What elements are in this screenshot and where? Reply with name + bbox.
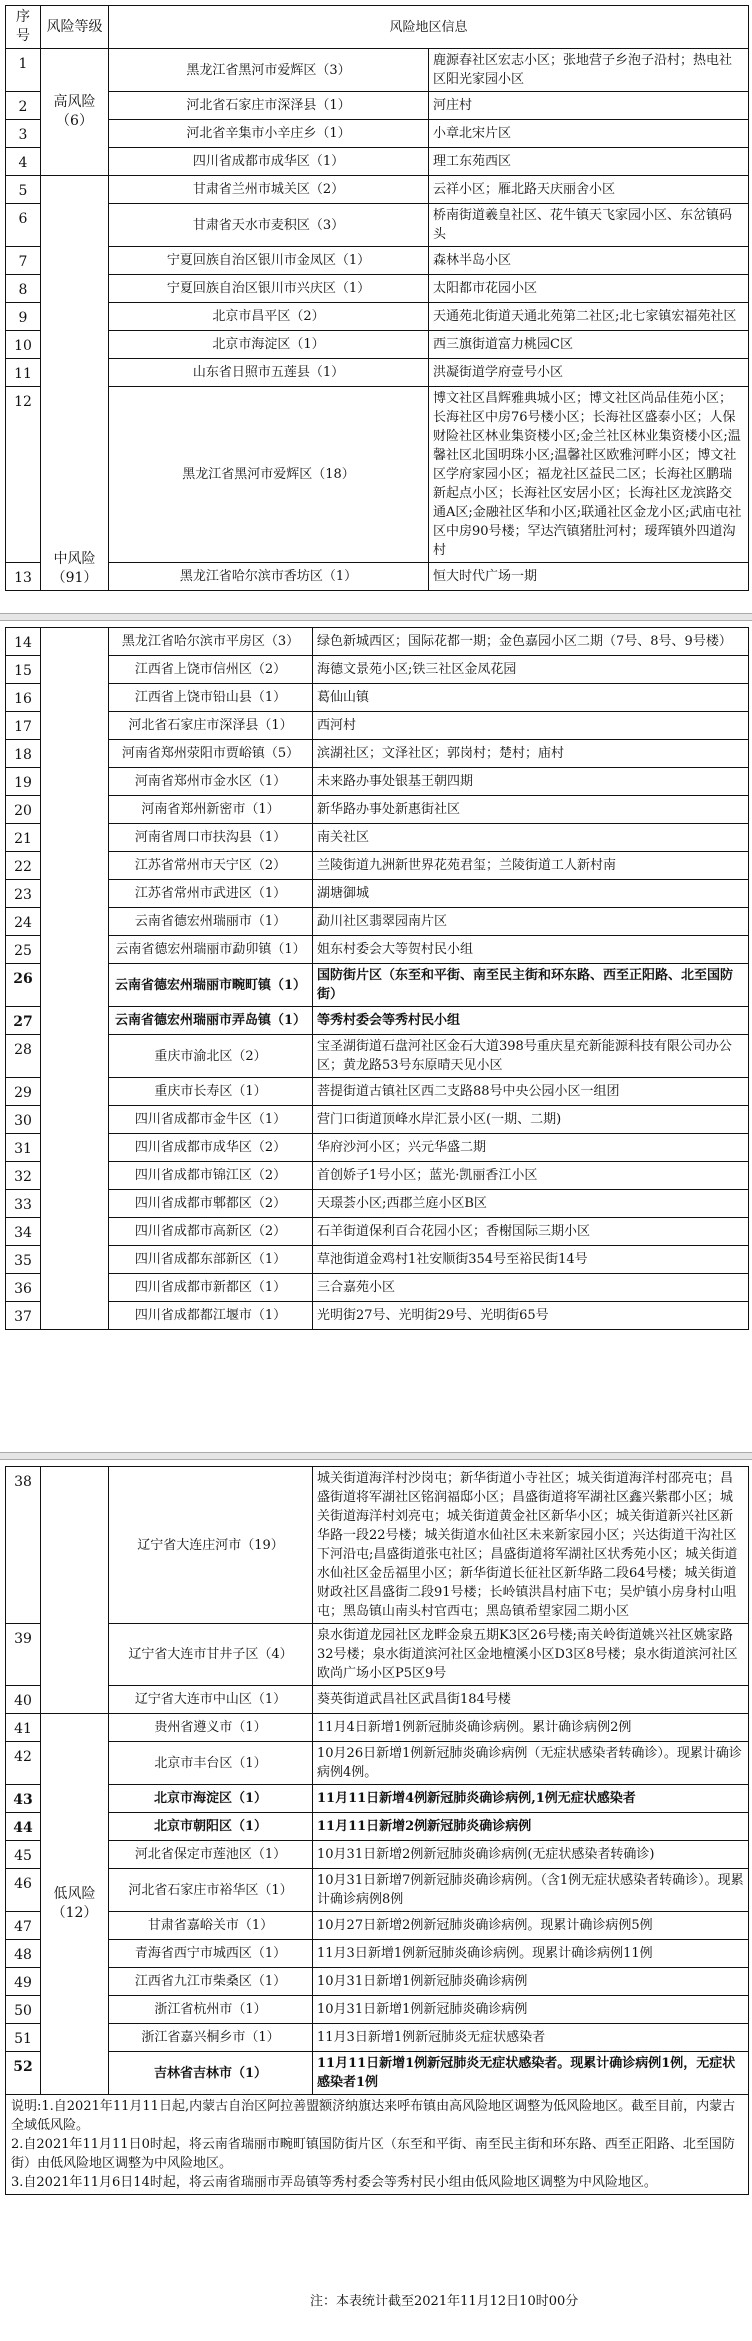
area-name: 黑龙江省黑河市爱辉区（18） <box>109 387 429 563</box>
row-number: 4 <box>6 148 41 176</box>
page-separator <box>0 1452 752 1460</box>
table-row: 11山东省日照市五莲县（1）洪凝街道学府壹号小区 <box>6 359 749 387</box>
table-row: 40辽宁省大连市中山区（1）葵英街道武昌社区武昌街184号楼 <box>6 1686 749 1714</box>
risk-level <box>41 1467 109 1714</box>
area-name: 河南省郑州市金水区（1） <box>109 768 313 796</box>
area-info: 等秀村委会等秀村民小组 <box>313 1007 749 1035</box>
area-name: 北京市朝阳区（1） <box>109 1813 313 1841</box>
table-row: 18河南省郑州荥阳市贾峪镇（5）滨湖社区；文泽社区；郭岗村；楚村；庙村 <box>6 740 749 768</box>
note-item: 3.自2021年11月6日14时起，将云南省瑞丽市弄岛镇等秀村委会等秀村民小组由… <box>11 2173 743 2192</box>
row-number: 35 <box>6 1246 41 1274</box>
row-number: 2 <box>6 92 41 120</box>
area-info: 理工东苑西区 <box>429 148 749 176</box>
area-info: 国防街片区（东至和平街、南至民主街和环东路、西至正阳路、北至国防街） <box>313 964 749 1007</box>
area-name: 河北省石家庄市深泽县（1） <box>109 92 429 120</box>
table-row: 4四川省成都市成华区（1）理工东苑西区 <box>6 148 749 176</box>
table-row: 50浙江省杭州市（1）10月31日新增1例新冠肺炎确诊病例 <box>6 1996 749 2024</box>
area-name: 江西省上饶市铅山县（1） <box>109 684 313 712</box>
area-info: 11月3日新增1例新冠肺炎确诊病例。现累计确诊病例11例 <box>313 1940 749 1968</box>
table-row: 31四川省成都市成华区（2）华府沙河小区；兴元华盛二期 <box>6 1134 749 1162</box>
area-name: 贵州省遵义市（1） <box>109 1714 313 1742</box>
risk-level: 中风险（91） <box>41 176 109 591</box>
area-info: 三合嘉苑小区 <box>313 1274 749 1302</box>
area-info: 桥南街道羲皇社区、花牛镇天飞家园小区、东岔镇码头 <box>429 204 749 247</box>
area-info: 华府沙河小区；兴元华盛二期 <box>313 1134 749 1162</box>
row-number: 22 <box>6 852 41 880</box>
area-info: 石羊街道保利百合花园小区；香榭国际三期小区 <box>313 1218 749 1246</box>
area-name: 四川省成都市金牛区（1） <box>109 1106 313 1134</box>
area-info: 新华路办事处新惠街社区 <box>313 796 749 824</box>
area-info: 勐川社区翡翠园南片区 <box>313 908 749 936</box>
row-number: 33 <box>6 1190 41 1218</box>
row-number: 3 <box>6 120 41 148</box>
table-row: 45河北省保定市莲池区（1）10月31日新增2例新冠肺炎确诊病例(无症状感染者转… <box>6 1841 749 1869</box>
row-number: 21 <box>6 824 41 852</box>
area-name: 江苏省常州市武进区（1） <box>109 880 313 908</box>
area-info: 11月3日新增1例新冠肺炎无症状感染者 <box>313 2024 749 2052</box>
area-name: 河南省周口市扶沟县（1） <box>109 824 313 852</box>
area-info: 首创娇子1号小区；蓝光·凯丽香江小区 <box>313 1162 749 1190</box>
table-row: 1高风险（6）黑龙江省黑河市爱辉区（3）鹿源春社区宏志小区；张地营子乡泡子沿村；… <box>6 49 749 92</box>
row-number: 41 <box>6 1714 41 1742</box>
table-row: 7宁夏回族自治区银川市金凤区（1）森林半岛小区 <box>6 247 749 275</box>
table-row: 15江西省上饶市信州区（2）海德文景苑小区;铁三社区金凤花园 <box>6 656 749 684</box>
area-name: 河南省郑州荥阳市贾峪镇（5） <box>109 740 313 768</box>
row-number: 29 <box>6 1078 41 1106</box>
area-info: 西河村 <box>313 712 749 740</box>
row-number: 9 <box>6 303 41 331</box>
area-info: 11月11日新增4例新冠肺炎确诊病例,1例无症状感染者 <box>313 1785 749 1813</box>
row-number: 20 <box>6 796 41 824</box>
row-number: 8 <box>6 275 41 303</box>
area-name: 四川省成都市郫都区（2） <box>109 1190 313 1218</box>
area-name: 北京市昌平区（2） <box>109 303 429 331</box>
area-name: 黑龙江省黑河市爱辉区（3） <box>109 49 429 92</box>
area-info: 西三旗街道富力桃园C区 <box>429 331 749 359</box>
area-name: 北京市海淀区（1） <box>109 331 429 359</box>
area-name: 河北省辛集市小辛庄乡（1） <box>109 120 429 148</box>
area-info: 光明街27号、光明街29号、光明街65号 <box>313 1302 749 1330</box>
row-number: 16 <box>6 684 41 712</box>
row-number: 45 <box>6 1841 41 1869</box>
table-row: 23江苏省常州市武进区（1）湖塘御城 <box>6 880 749 908</box>
area-name: 北京市丰台区（1） <box>109 1742 313 1785</box>
area-name: 河北省保定市莲池区（1） <box>109 1841 313 1869</box>
table-page-2: 14黑龙江省哈尔滨市平房区（3）绿色新城西区；国际花都一期；金色嘉园小区二期（7… <box>5 627 749 1330</box>
row-number: 17 <box>6 712 41 740</box>
table-row: 3河北省辛集市小辛庄乡（1）小章北宋片区 <box>6 120 749 148</box>
row-number: 48 <box>6 1940 41 1968</box>
table-row: 26云南省德宏州瑞丽市畹町镇（1）国防街片区（东至和平街、南至民主街和环东路、西… <box>6 964 749 1007</box>
table-row: 47甘肃省嘉峪关市（1）10月27日新增2例新冠肺炎确诊病例。现累计确诊病例5例 <box>6 1912 749 1940</box>
area-name: 重庆市长寿区（1） <box>109 1078 313 1106</box>
area-info: 太阳都市花园小区 <box>429 275 749 303</box>
area-info: 兰陵街道九洲新世界花苑君玺；兰陵街道工人新村南 <box>313 852 749 880</box>
table-row: 14黑龙江省哈尔滨市平房区（3）绿色新城西区；国际花都一期；金色嘉园小区二期（7… <box>6 628 749 656</box>
table-row: 49江西省九江市柴桑区（1）10月31日新增1例新冠肺炎确诊病例 <box>6 1968 749 1996</box>
area-info: 鹿源春社区宏志小区；张地营子乡泡子沿村；热电社区阳光家园小区 <box>429 49 749 92</box>
row-number: 11 <box>6 359 41 387</box>
area-name: 河南省郑州新密市（1） <box>109 796 313 824</box>
row-number: 32 <box>6 1162 41 1190</box>
table-row: 48青海省西宁市城西区（1）11月3日新增1例新冠肺炎确诊病例。现累计确诊病例1… <box>6 1940 749 1968</box>
area-name: 四川省成都市新都区（1） <box>109 1274 313 1302</box>
area-name: 宁夏回族自治区银川市金凤区（1） <box>109 247 429 275</box>
table-row: 36四川省成都市新都区（1）三合嘉苑小区 <box>6 1274 749 1302</box>
row-number: 12 <box>6 387 41 563</box>
table-page-1: 序号 风险等级 风险地区信息 1高风险（6）黑龙江省黑河市爱辉区（3）鹿源春社区… <box>5 5 749 591</box>
table-row: 24云南省德宏州瑞丽市（1）勐川社区翡翠园南片区 <box>6 908 749 936</box>
area-info: 湖塘御城 <box>313 880 749 908</box>
table-row: 32四川省成都市锦江区（2）首创娇子1号小区；蓝光·凯丽香江小区 <box>6 1162 749 1190</box>
area-name: 云南省德宏州瑞丽市畹町镇（1） <box>109 964 313 1007</box>
area-name: 辽宁省大连庄河市（19） <box>109 1467 313 1624</box>
row-number: 23 <box>6 880 41 908</box>
area-info: 博文社区昌辉雅典城小区；博文社区尚品佳苑小区；长海社区中房76号楼小区；长海社区… <box>429 387 749 563</box>
table-row: 21河南省周口市扶沟县（1）南关社区 <box>6 824 749 852</box>
area-name: 河北省石家庄市裕华区（1） <box>109 1869 313 1912</box>
table-row: 16江西省上饶市铅山县（1）葛仙山镇 <box>6 684 749 712</box>
area-name: 江西省上饶市信州区（2） <box>109 656 313 684</box>
table-row: 39辽宁省大连市甘井子区（4）泉水街道龙园社区龙畔金泉五期K3区26号楼;南关岭… <box>6 1624 749 1686</box>
table-row: 19河南省郑州市金水区（1）未来路办事处银基王朝四期 <box>6 768 749 796</box>
table-row: 37四川省成都都江堰市（1）光明街27号、光明街29号、光明街65号 <box>6 1302 749 1330</box>
area-info: 葵英街道武昌社区武昌街184号楼 <box>313 1686 749 1714</box>
area-name: 四川省成都市高新区（2） <box>109 1218 313 1246</box>
table-row: 25云南省德宏州瑞丽市勐卯镇（1）姐东村委会大等贺村民小组 <box>6 936 749 964</box>
table-row: 10北京市海淀区（1）西三旗街道富力桃园C区 <box>6 331 749 359</box>
table-row: 42北京市丰台区（1）10月26日新增1例新冠肺炎确诊病例（无症状感染者转确诊）… <box>6 1742 749 1785</box>
area-info: 小章北宋片区 <box>429 120 749 148</box>
area-name: 宁夏回族自治区银川市兴庆区（1） <box>109 275 429 303</box>
table-row: 44北京市朝阳区（1）11月11日新增2例新冠肺炎确诊病例 <box>6 1813 749 1841</box>
table-row: 35四川省成都东部新区（1）草池街道金鸡村1社安顺街354号至裕民街14号 <box>6 1246 749 1274</box>
area-name: 辽宁省大连市中山区（1） <box>109 1686 313 1714</box>
table-row: 17河北省石家庄市深泽县（1）西河村 <box>6 712 749 740</box>
header-level: 风险等级 <box>41 6 109 49</box>
row-number: 31 <box>6 1134 41 1162</box>
row-number: 50 <box>6 1996 41 2024</box>
table-row: 41低风险（12）贵州省遵义市（1）11月4日新增1例新冠肺炎确诊病例。累计确诊… <box>6 1714 749 1742</box>
area-info: 滨湖社区；文泽社区；郭岗村；楚村；庙村 <box>313 740 749 768</box>
row-number: 47 <box>6 1912 41 1940</box>
area-info: 10月31日新增1例新冠肺炎确诊病例 <box>313 1996 749 2024</box>
note-item: 说明:1.自2021年11月11日起,内蒙古自治区阿拉善盟额济纳旗达来呼布镇由高… <box>11 2097 743 2135</box>
row-number: 40 <box>6 1686 41 1714</box>
table-row: 43北京市海淀区（1）11月11日新增4例新冠肺炎确诊病例,1例无症状感染者 <box>6 1785 749 1813</box>
row-number: 44 <box>6 1813 41 1841</box>
table-row: 5中风险（91）甘肃省兰州市城关区（2）云祥小区；雁北路天庆丽舍小区 <box>6 176 749 204</box>
table-row: 52吉林省吉林市（1）11月11日新增1例新冠肺炎无症状感染者。现累计确诊病例1… <box>6 2052 749 2095</box>
area-name: 北京市海淀区（1） <box>109 1785 313 1813</box>
area-info: 11月4日新增1例新冠肺炎确诊病例。累计确诊病例2例 <box>313 1714 749 1742</box>
table-row: 6甘肃省天水市麦积区（3）桥南街道羲皇社区、花牛镇天飞家园小区、东岔镇码头 <box>6 204 749 247</box>
row-number: 26 <box>6 964 41 1007</box>
table-row: 2河北省石家庄市深泽县（1）河庄村 <box>6 92 749 120</box>
area-info: 宝圣湖街道石盘河社区金石大道398号重庆星充新能源科技有限公司办公区；黄龙路53… <box>313 1035 749 1078</box>
area-name: 黑龙江省哈尔滨市平房区（3） <box>109 628 313 656</box>
area-name: 四川省成都都江堰市（1） <box>109 1302 313 1330</box>
area-info: 南关社区 <box>313 824 749 852</box>
row-number: 18 <box>6 740 41 768</box>
area-name: 四川省成都市成华区（1） <box>109 148 429 176</box>
area-name: 四川省成都市成华区（2） <box>109 1134 313 1162</box>
row-number: 46 <box>6 1869 41 1912</box>
area-info: 10月31日新增2例新冠肺炎确诊病例(无症状感染者转确诊) <box>313 1841 749 1869</box>
row-number: 34 <box>6 1218 41 1246</box>
area-info: 菩提街道古镇社区西二支路88号中央公园小区一组团 <box>313 1078 749 1106</box>
risk-table-part-3: 38辽宁省大连庄河市（19）城关街道海洋村沙岗屯；新华街道小寺社区；城关街道海洋… <box>5 1466 749 2195</box>
area-name: 云南省德宏州瑞丽市勐卯镇（1） <box>109 936 313 964</box>
table-row: 27云南省德宏州瑞丽市弄岛镇（1）等秀村委会等秀村民小组 <box>6 1007 749 1035</box>
area-name: 重庆市渝北区（2） <box>109 1035 313 1078</box>
area-info: 洪凝街道学府壹号小区 <box>429 359 749 387</box>
table-row: 30四川省成都市金牛区（1）营门口街道顶峰水岸汇景小区(一期、二期) <box>6 1106 749 1134</box>
area-info: 未来路办事处银基王朝四期 <box>313 768 749 796</box>
area-name: 河北省石家庄市深泽县（1） <box>109 712 313 740</box>
area-info: 11月11日新增2例新冠肺炎确诊病例 <box>313 1813 749 1841</box>
area-name: 四川省成都市锦江区（2） <box>109 1162 313 1190</box>
table-row: 20河南省郑州新密市（1）新华路办事处新惠街社区 <box>6 796 749 824</box>
table-row: 38辽宁省大连庄河市（19）城关街道海洋村沙岗屯；新华街道小寺社区；城关街道海洋… <box>6 1467 749 1624</box>
row-number: 7 <box>6 247 41 275</box>
area-info: 姐东村委会大等贺村民小组 <box>313 936 749 964</box>
table-row: 29重庆市长寿区（1）菩提街道古镇社区西二支路88号中央公园小区一组团 <box>6 1078 749 1106</box>
footnote: 注：本表统计截至2021年11月12日10时00分 <box>310 2290 578 2309</box>
row-number: 10 <box>6 331 41 359</box>
notes: 说明:1.自2021年11月11日起,内蒙古自治区阿拉善盟额济纳旗达来呼布镇由高… <box>6 2095 749 2195</box>
risk-level: 高风险（6） <box>41 49 109 176</box>
note-item: 2.自2021年11月11日0时起，将云南省瑞丽市畹町镇国防街片区（东至和平街、… <box>11 2135 743 2173</box>
risk-table-part-2: 14黑龙江省哈尔滨市平房区（3）绿色新城西区；国际花都一期；金色嘉园小区二期（7… <box>5 627 749 1330</box>
row-number: 1 <box>6 49 41 92</box>
area-info: 海德文景苑小区;铁三社区金凤花园 <box>313 656 749 684</box>
risk-level <box>41 628 109 1330</box>
area-name: 云南省德宏州瑞丽市（1） <box>109 908 313 936</box>
area-info: 营门口街道顶峰水岸汇景小区(一期、二期) <box>313 1106 749 1134</box>
row-number: 14 <box>6 628 41 656</box>
area-name: 吉林省吉林市（1） <box>109 2052 313 2095</box>
area-info: 葛仙山镇 <box>313 684 749 712</box>
row-number: 39 <box>6 1624 41 1686</box>
area-name: 黑龙江省哈尔滨市香坊区（1） <box>109 563 429 591</box>
area-info: 10月31日新增7例新冠肺炎确诊病例。（含1例无症状感染者转确诊）。现累计确诊病… <box>313 1869 749 1912</box>
area-info: 天通苑北街道天通北苑第二社区;北七家镇宏福苑社区 <box>429 303 749 331</box>
area-info: 10月27日新增2例新冠肺炎确诊病例。现累计确诊病例5例 <box>313 1912 749 1940</box>
row-number: 43 <box>6 1785 41 1813</box>
row-number: 24 <box>6 908 41 936</box>
area-name: 甘肃省嘉峪关市（1） <box>109 1912 313 1940</box>
row-number: 5 <box>6 176 41 204</box>
area-info: 恒大时代广场一期 <box>429 563 749 591</box>
row-number: 37 <box>6 1302 41 1330</box>
area-name: 江苏省常州市天宁区（2） <box>109 852 313 880</box>
row-number: 13 <box>6 563 41 591</box>
table-row: 51浙江省嘉兴桐乡市（1）11月3日新增1例新冠肺炎无症状感染者 <box>6 2024 749 2052</box>
area-name: 浙江省杭州市（1） <box>109 1996 313 2024</box>
area-name: 山东省日照市五莲县（1） <box>109 359 429 387</box>
area-info: 10月31日新增1例新冠肺炎确诊病例 <box>313 1968 749 1996</box>
row-number: 49 <box>6 1968 41 1996</box>
row-number: 19 <box>6 768 41 796</box>
header-info: 风险地区信息 <box>109 6 749 49</box>
area-name: 甘肃省兰州市城关区（2） <box>109 176 429 204</box>
table-row: 22江苏省常州市天宁区（2）兰陵街道九洲新世界花苑君玺；兰陵街道工人新村南 <box>6 852 749 880</box>
area-name: 青海省西宁市城西区（1） <box>109 1940 313 1968</box>
area-info: 11月11日新增1例新冠肺炎无症状感染者。现累计确诊病例1例，无症状感染者1例 <box>313 2052 749 2095</box>
table-row: 8宁夏回族自治区银川市兴庆区（1）太阳都市花园小区 <box>6 275 749 303</box>
area-info: 10月26日新增1例新冠肺炎确诊病例（无症状感染者转确诊）。现累计确诊病例4例。 <box>313 1742 749 1785</box>
row-number: 52 <box>6 2052 41 2095</box>
table-row: 46河北省石家庄市裕华区（1）10月31日新增7例新冠肺炎确诊病例。（含1例无症… <box>6 1869 749 1912</box>
risk-table-part-1: 序号 风险等级 风险地区信息 1高风险（6）黑龙江省黑河市爱辉区（3）鹿源春社区… <box>5 5 749 591</box>
area-info: 草池街道金鸡村1社安顺街354号至裕民街14号 <box>313 1246 749 1274</box>
area-info: 云祥小区；雁北路天庆丽舍小区 <box>429 176 749 204</box>
area-name: 浙江省嘉兴桐乡市（1） <box>109 2024 313 2052</box>
row-number: 28 <box>6 1035 41 1078</box>
area-name: 甘肃省天水市麦积区（3） <box>109 204 429 247</box>
table-row: 13黑龙江省哈尔滨市香坊区（1）恒大时代广场一期 <box>6 563 749 591</box>
area-info: 森林半岛小区 <box>429 247 749 275</box>
area-name: 辽宁省大连市甘井子区（4） <box>109 1624 313 1686</box>
area-name: 云南省德宏州瑞丽市弄岛镇（1） <box>109 1007 313 1035</box>
row-number: 42 <box>6 1742 41 1785</box>
area-info: 绿色新城西区；国际花都一期；金色嘉园小区二期（7号、8号、9号楼） <box>313 628 749 656</box>
area-name: 四川省成都东部新区（1） <box>109 1246 313 1274</box>
row-number: 6 <box>6 204 41 247</box>
table-header: 序号 风险等级 风险地区信息 <box>6 6 749 49</box>
table-row: 12黑龙江省黑河市爱辉区（18）博文社区昌辉雅典城小区；博文社区尚品佳苑小区；长… <box>6 387 749 563</box>
area-info: 城关街道海洋村沙岗屯；新华街道小寺社区；城关街道海洋村邵亮屯；昌盛街道将军湖社区… <box>313 1467 749 1624</box>
table-page-3: 38辽宁省大连庄河市（19）城关街道海洋村沙岗屯；新华街道小寺社区；城关街道海洋… <box>5 1466 749 2195</box>
area-info: 泉水街道龙园社区龙畔金泉五期K3区26号楼;南关岭街道姚兴社区姚家路32号楼；泉… <box>313 1624 749 1686</box>
area-info: 河庄村 <box>429 92 749 120</box>
page-separator <box>0 613 752 621</box>
row-number: 36 <box>6 1274 41 1302</box>
row-number: 15 <box>6 656 41 684</box>
table-row: 33四川省成都市郫都区（2）天璟荟小区;西郡兰庭小区B区 <box>6 1190 749 1218</box>
table-row: 9北京市昌平区（2）天通苑北街道天通北苑第二社区;北七家镇宏福苑社区 <box>6 303 749 331</box>
row-number: 51 <box>6 2024 41 2052</box>
area-info: 天璟荟小区;西郡兰庭小区B区 <box>313 1190 749 1218</box>
area-name: 江西省九江市柴桑区（1） <box>109 1968 313 1996</box>
row-number: 38 <box>6 1467 41 1624</box>
table-row: 34四川省成都市高新区（2）石羊街道保利百合花园小区；香榭国际三期小区 <box>6 1218 749 1246</box>
risk-level: 低风险（12） <box>41 1714 109 2095</box>
row-number: 25 <box>6 936 41 964</box>
row-number: 30 <box>6 1106 41 1134</box>
notes-row: 说明:1.自2021年11月11日起,内蒙古自治区阿拉善盟额济纳旗达来呼布镇由高… <box>6 2095 749 2195</box>
table-row: 28重庆市渝北区（2）宝圣湖街道石盘河社区金石大道398号重庆星充新能源科技有限… <box>6 1035 749 1078</box>
header-no: 序号 <box>6 6 41 49</box>
row-number: 27 <box>6 1007 41 1035</box>
